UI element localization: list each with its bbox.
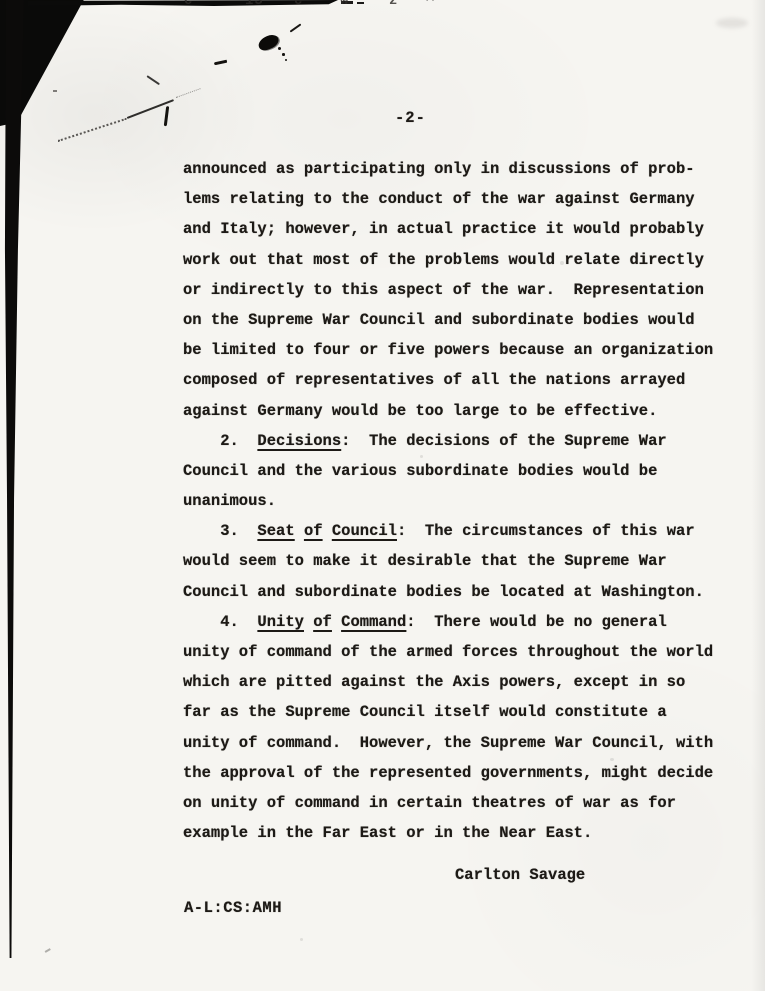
text-line: against Germany would be too large to be…: [183, 396, 728, 426]
scratch-mark-dotted: [58, 118, 127, 142]
scratch-mark: [146, 75, 160, 85]
ink-blot-dot: [282, 53, 285, 56]
pencil-fragment: 13: [245, 0, 264, 9]
scratch-mark-dotted: [176, 88, 201, 98]
ink-blot: [256, 33, 280, 53]
text-line: would seem to make it desirable that the…: [183, 546, 728, 576]
ink-speck: [214, 60, 227, 65]
text-line: on unity of command in certain theatres …: [183, 788, 728, 818]
pencil-fragment: c: [294, 0, 303, 9]
pencil-fragment: w: [340, 0, 349, 9]
text-line: which are pitted against the Axis powers…: [183, 667, 728, 697]
text-line: 2. Decisions: The decisions of the Supre…: [183, 426, 728, 456]
text-line: on the Supreme War Council and subordina…: [183, 305, 728, 335]
smudge-mark: [716, 18, 748, 28]
scratch-mark: [45, 948, 51, 952]
pencil-fragment: ^: [426, 0, 435, 9]
text-line: 4. Unity of Command: There would be no g…: [183, 607, 728, 637]
reference-code: A-L:CS:AMH: [184, 899, 282, 917]
pencil-tick-mark: [164, 106, 169, 126]
text-line: Council and the various subordinate bodi…: [183, 456, 728, 486]
text-line: announced as participating only in discu…: [183, 154, 728, 184]
text-line: lems relating to the conduct of the war …: [183, 184, 728, 214]
signature-name: Carlton Savage: [455, 866, 585, 884]
text-line: be limited to four or five powers becaus…: [183, 335, 728, 365]
paper-speck: [300, 938, 303, 941]
scanned-document-page: c13cwz^ -2- announced as participating o…: [0, 0, 765, 991]
text-line: unanimous.: [183, 486, 728, 516]
scan-artifact-top-bar: [28, 0, 338, 6]
page-number: -2-: [395, 109, 426, 127]
ink-blot-dash: [290, 23, 302, 32]
text-line: or indirectly to this aspect of the war.…: [183, 275, 728, 305]
ink-blot-dot: [278, 47, 281, 50]
pencil-fragment: z: [389, 0, 398, 9]
scratch-mark: [53, 90, 57, 92]
pencil-fragment: c: [184, 0, 193, 9]
body-text: announced as participating only in discu…: [183, 154, 728, 848]
scan-artifact-top-bar-dash: [357, 2, 364, 4]
text-line: far as the Supreme Council itself would …: [183, 697, 728, 727]
ink-blot-dot: [285, 59, 287, 61]
text-line: work out that most of the problems would…: [183, 245, 728, 275]
text-line: Council and subordinate bodies be locate…: [183, 577, 728, 607]
text-line: example in the Far East or in the Near E…: [183, 818, 728, 848]
text-line: and Italy; however, in actual practice i…: [183, 214, 728, 244]
text-line: 3. Seat of Council: The circumstances of…: [183, 516, 728, 546]
text-line: unity of command. However, the Supreme W…: [183, 728, 728, 758]
text-line: unity of command of the armed forces thr…: [183, 637, 728, 667]
text-line: the approval of the represented governme…: [183, 758, 728, 788]
scan-artifact-left-edge-wedge: [0, 0, 26, 958]
text-line: composed of representatives of all the n…: [183, 365, 728, 395]
